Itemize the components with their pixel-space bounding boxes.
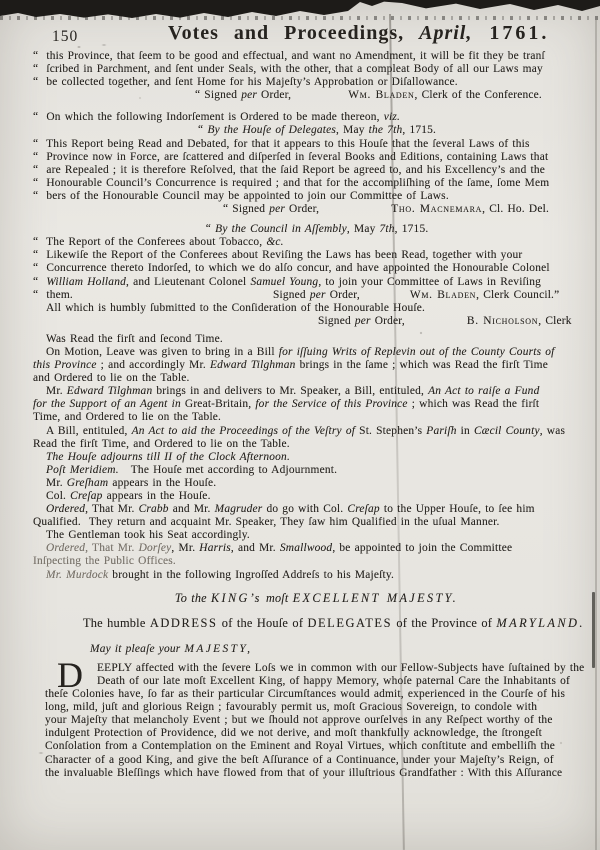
text-segment: Order, [285,203,319,215]
text-line: indulgent Protection of Providence, did … [33,727,600,740]
text-segment: Order, [371,315,405,327]
text-segment: viz. [384,111,400,123]
torn-edge-fray [0,16,600,20]
text-segment: ADDRESS [150,616,218,630]
text-segment: Ordered, [46,542,88,554]
text-line: the invaluable Bleſſings which have flow… [33,767,600,780]
text-segment: “ be collected together, and ſent Home f… [33,76,458,88]
text-segment: “ By the Council in Aſſembly [205,223,347,235]
text-line: “ By the Council in Aſſembly, May 7th, 1… [33,223,600,236]
text-segment: William Holland [46,276,126,288]
text-segment: Was Read the firſt and ſecond Time. [46,333,223,345]
text-gap [360,297,410,298]
text-segment: Dorſey [139,542,172,554]
text-segment: in [457,425,474,437]
text-line: Conſolation from a Contemplation on the … [33,740,600,753]
text-segment: “ Likewiſe the Report of the Conferees a… [33,249,522,261]
text-segment: your Majeſty that melancholy Event ; but… [45,714,553,726]
text-line: Col. Creſap appears in the Houſe. [33,490,600,503]
text-segment: “ this Province, that ſeem to be good an… [33,50,545,62]
text-segment: “ On which the following Indorſement is … [33,111,384,123]
text-segment: “ are Repealed ; it is therefore Reſolve… [33,164,545,176]
text-line: “ On which the following Indorſement is … [33,111,600,124]
text-segment: , Clerk of the Conference. [414,89,542,101]
text-segment: Mr. [46,477,67,489]
text-segment: moſt [262,591,293,605]
text-line: The humble ADDRESS of the Houſe of DELEG… [33,616,600,630]
text-line: Time, and Ordered to lie on the Table. [33,411,600,424]
text-line: Mr. Murdock brought in the following Ing… [33,569,600,582]
text-segment: That Mr. [88,542,138,554]
text-segment: and Mr. [169,503,215,515]
text-segment: “ This Report being Read and Debated, fo… [33,138,530,150]
text-line: The Gentleman took his Seat accordingly. [33,529,600,542]
page-title: Votes and Proceedings, April, 1761. [168,22,549,45]
text-gap [119,472,131,473]
text-segment: “ By the Houſe of Delegates [197,124,336,136]
text-segment: Pariſh [426,425,456,437]
text-segment: Character of a good King, and give the b… [45,754,554,766]
text-segment: B. Nicholson [467,315,538,327]
text-line: Qualified.They return and acquaint Mr. S… [33,516,600,529]
text-segment: That Mr. [88,503,138,515]
text-segment: Signed [273,289,310,301]
text-segment: The Houſe adjourns till II of the Clock … [46,451,290,463]
text-segment: DELEGATES [307,616,392,630]
text-segment: , 1715. [402,124,436,136]
text-line: this Province ; and accordingly Mr. Edwa… [33,359,600,372]
text-segment: Magruder [215,503,263,515]
text-line: Death of our late moſt Excellent King, o… [33,675,600,688]
text-segment: May it pleaſe your [90,643,184,655]
text-segment: brings in and delivers to Mr. Speaker, a… [152,385,428,397]
text-segment: Qualified. [33,516,81,528]
text-line: “ Signed per Order,Tho. Macnemara, Cl. H… [33,203,600,216]
text-line: To the KING’s moſt EXCELLENT MAJESTY. [33,592,600,605]
text-line: Read the firſt Time, and Ordered to lie … [33,438,600,451]
text-gap [405,323,467,324]
text-line: A Bill, entituled, An Act to aid the Pro… [33,425,600,438]
text-segment: Order, [257,89,291,101]
text-line: Character of a good King, and give the b… [33,754,600,767]
text-segment: per [241,89,257,101]
text-gap [291,97,348,98]
text-segment: , and Lieutenant Colonel [126,276,250,288]
text-line: “ William Holland, and Lieutenant Colone… [33,276,600,289]
text-segment: for the Support of an Agent in [33,398,185,410]
text-line: “ this Province, that ſeem to be good an… [33,50,600,63]
page-body: “ this Province, that ſeem to be good an… [0,50,600,780]
title-year: 1761. [472,22,549,44]
text-gap [319,211,391,212]
text-segment: “ [33,276,46,288]
title-month: April, [419,22,472,44]
text-segment: The Houſe met according to Adjournment. [131,464,337,476]
text-line: “ be collected together, and ſent Home f… [33,76,600,89]
text-line: “ Signed per Order,Wm. Bladen, Clerk of … [33,89,600,102]
text-line: On Motion, Leave was given to bring in a… [33,346,600,359]
text-segment: They return and acquaint Mr. Speaker, Th… [89,516,500,528]
text-line: Inſpecting the Public Offices. [33,555,600,568]
text-line: “ Likewiſe the Report of the Conferees a… [33,249,600,262]
text-line: for the Support of an Agent in Great-Bri… [33,398,600,411]
text-line: Ordered, That Mr. Crabb and Mr. Magruder… [33,503,600,516]
text-segment: and Ordered to lie on the Table. [33,372,190,384]
text-segment: Smallwood [280,542,332,554]
text-segment: , 1715. [395,223,429,235]
text-segment: , was [540,425,565,437]
text-segment: , be appointed to join the Committee [332,542,512,554]
text-segment: , for the Service of this Province [248,398,407,410]
text-segment: “ Honourable Council’s Concurrence is re… [33,177,549,189]
text-segment: , Clerk Council.” [476,289,559,301]
text-segment: ; which was Read the firſt [408,398,540,410]
text-segment: MARYLAND. [496,616,585,630]
text-segment: , May [336,124,369,136]
text-segment: ; and accordingly Mr. [97,359,210,371]
text-line: “ them.Signed per Order,Wm. Bladen, Cler… [33,289,600,302]
text-segment: “ Concurrence thereto Indorſed, to which… [33,262,550,274]
text-line: “ are Repealed ; it is therefore Reſolve… [33,164,600,177]
text-segment: this Province [33,359,97,371]
text-segment: per [355,315,371,327]
text-segment: Samuel Young [250,276,318,288]
text-line: The Houſe adjourns till II of the Clock … [33,451,600,464]
text-segment: appears in the Houſe. [103,490,211,502]
text-segment: An Act to raiſe a Fund [428,385,539,397]
text-segment: Cæcil County [474,425,540,437]
text-segment: , to join your Committee of Laws in Revi… [318,276,541,288]
text-segment: The Gentleman took his Seat accordingly. [46,529,250,541]
text-segment: “ ſcribed in Parchment, and ſent under S… [33,63,543,75]
text-segment: 7th [380,223,395,235]
text-segment: per [269,203,285,215]
text-segment: All which is humbly ſubmitted to the Con… [46,302,425,314]
text-segment: The humble [83,616,150,630]
text-segment: Harris [199,542,231,554]
page-number: 150 [52,28,78,46]
text-segment: MAJESTY, [184,643,252,655]
text-line: May it pleaſe your MAJESTY, [33,643,600,656]
text-segment: , Clerk [538,315,571,327]
text-segment: per [310,289,326,301]
text-segment: of the Houſe of [218,616,308,630]
text-segment: theſe Colonies have, ſo far as their par… [45,688,565,700]
text-segment: To the [175,591,211,605]
text-segment: An Act to aid the Proceedings of the Veſ… [132,425,360,437]
text-line: Poſt Meridiem.The Houſe met according to… [33,464,600,477]
text-segment: Creſap [70,490,102,502]
text-segment: “ The Report of the Conferees about Toba… [33,236,266,248]
text-line: your Majeſty that melancholy Event ; but… [33,714,600,727]
text-segment: Read the firſt Time, and Ordered to lie … [33,438,290,450]
text-line: “ bers of the Honourable Council may be … [33,190,600,203]
text-segment: long, mild, juſt and glorious Reign ; fa… [45,701,537,713]
text-segment: Wm. Bladen [410,289,476,301]
text-segment: “ Signed [195,89,241,101]
text-segment: Time, and Ordered to lie on the Table. [33,411,221,423]
text-line: Mr. Edward Tilghman brings in and delive… [33,385,600,398]
title-text: Votes and Proceedings, [168,22,419,44]
text-segment: On Motion, Leave was given to bring in a… [46,346,279,358]
text-segment: do go with Col. [262,503,347,515]
text-line: theſe Colonies have, ſo far as their par… [33,688,600,701]
text-segment: , and Mr. [231,542,280,554]
text-segment: Great-Britain [185,398,248,410]
text-segment: Greſham [67,477,108,489]
text-segment: &c. [266,236,283,248]
text-segment: the invaluable Bleſſings which have flow… [45,767,562,779]
text-segment: Crabb [139,503,169,515]
text-line: “ The Report of the Conferees about Toba… [33,236,600,249]
text-line: “ By the Houſe of Delegates, May the 7th… [33,124,600,137]
text-line: long, mild, juſt and glorious Reign ; fa… [33,701,600,714]
text-segment: Wm. Bladen [348,89,414,101]
text-segment: to the Upper Houſe, to ſee him [380,503,535,515]
text-segment: indulgent Protection of Providence, did … [45,727,542,739]
text-gap [81,524,89,525]
document-page: 150 Votes and Proceedings, April, 1761. … [0,0,600,850]
text-segment: Inſpecting the Public Offices. [33,555,176,567]
text-segment: Mr. [46,385,67,397]
text-line: All which is humbly ſubmitted to the Con… [33,302,600,315]
text-segment: appears in the Houſe. [108,477,216,489]
text-segment: “ Province now in Force, are ſcattered a… [33,151,548,163]
text-line: “ ſcribed in Parchment, and ſent under S… [33,63,600,76]
text-line: Signed per Order,B. Nicholson, Clerk [33,315,600,328]
text-line: “ This Report being Read and Debated, fo… [33,138,600,151]
text-line: Mr. Greſham appears in the Houſe. [33,477,600,490]
text-segment: Death of our late moſt Excellent King, o… [97,675,570,687]
text-segment: EXCELLENT MAJESTY. [293,591,458,605]
text-segment: Creſap [347,503,379,515]
text-segment: St. Stephen’s [359,425,426,437]
text-segment: Poſt Meridiem. [46,464,119,476]
text-segment: , May [347,223,380,235]
text-segment: Ordered, [46,503,88,515]
text-segment: the 7th [369,124,403,136]
text-segment: Conſolation from a Contemplation on the … [45,740,555,752]
text-segment: brought in the following Ingroſſed Addre… [108,569,394,581]
text-line: “ Honourable Council’s Concurrence is re… [33,177,600,190]
text-segment: EEPLY affected with the ſevere Loſs we i… [97,662,584,674]
text-line: Ordered, That Mr. Dorſey, Mr. Harris, an… [33,542,600,555]
text-segment: “ bers of the Honourable Council may be … [33,190,449,202]
text-segment: Edward Tilghman [210,359,296,371]
text-segment: brings in the ſame ; which was Read the … [296,359,548,371]
text-segment: Tho. Macnemara [391,203,482,215]
text-line: “ Province now in Force, are ſcattered a… [33,151,600,164]
text-segment: Mr. Murdock [46,569,108,581]
text-segment: KING’s [211,591,262,605]
text-segment: Edward Tilghman [67,385,153,397]
text-segment: “ Signed [223,203,269,215]
text-segment: “ them. [33,289,73,301]
text-line: Was Read the firſt and ſecond Time. [33,333,600,346]
text-segment: Col. [46,490,70,502]
text-gap [73,297,273,298]
text-line: “ Concurrence thereto Indorſed, to which… [33,262,600,275]
text-segment: of the Province of [392,616,496,630]
text-line: and Ordered to lie on the Table. [33,372,600,385]
text-segment: A Bill, entituled, [46,425,132,437]
text-line: DEEPLY affected with the ſevere Loſs we … [33,662,600,675]
text-segment: , Cl. Ho. Del. [482,203,549,215]
text-segment: , Mr. [171,542,199,554]
text-segment: for iſſuing Writs of Replevin out of the… [279,346,555,358]
text-segment: Signed [318,315,355,327]
text-segment: Order, [326,289,360,301]
